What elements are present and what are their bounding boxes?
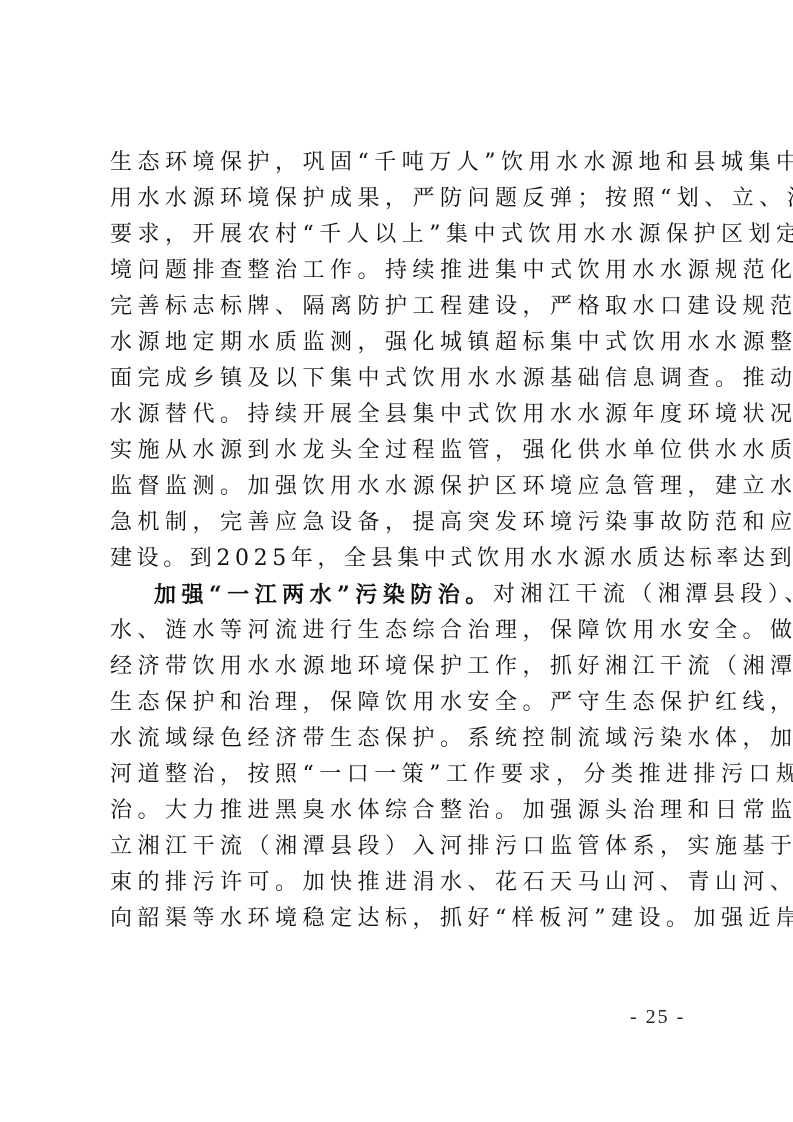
text-line: 水流域绿色经济带生态保护。系统控制流域污染水体，加强沿线 xyxy=(110,721,694,757)
text-line: 水源地定期水质监测，强化城镇超标集中式饮用水水源整治，全 xyxy=(110,325,694,361)
text-line-content: 河道整治，按照“一口一策”工作要求，分类推进排污口规范整 xyxy=(110,757,694,793)
page-number: - 25 - xyxy=(630,1006,685,1029)
text-line-content: 经济带饮用水水源地环境保护工作，抓好湘江干流（湘潭县段） xyxy=(110,649,694,685)
text-line-content: 面完成乡镇及以下集中式饮用水水源基础信息调查。推动地下水 xyxy=(110,361,694,397)
text-line: 向韶渠等水环境稳定达标，抓好“样板河”建设。加强近岸畜禽 xyxy=(110,901,694,937)
text-line: 建设。到2025年，全县集中式饮用水水源水质达标率达到100%。 xyxy=(110,541,694,577)
text-line-content: 水、涟水等河流进行生态综合治理，保障饮用水安全。做好长江 xyxy=(110,613,694,649)
text-line: 治。大力推进黑臭水体综合整治。加强源头治理和日常监督，建 xyxy=(110,793,694,829)
text-line: 立湘江干流（湘潭县段）入河排污口监管体系，实施基于水质约 xyxy=(110,829,694,865)
paragraph-first-line: 加强“一江两水”污染防治。对湘江干流（湘潭县段）、涓 xyxy=(110,577,694,613)
text-line-content: 急机制，完善应急设备，提高突发环境污染事故防范和应急能力 xyxy=(110,505,694,541)
text-line-content: 用水水源环境保护成果，严防问题反弹；按照“划、立、治”的 xyxy=(110,181,694,217)
paragraph-heading: 加强“一江两水”污染防治。 xyxy=(154,577,493,613)
text-line: 监督监测。加强饮用水水源保护区环境应急管理，建立水源地应 xyxy=(110,469,694,505)
text-line-content: 监督监测。加强饮用水水源保护区环境应急管理，建立水源地应 xyxy=(110,469,694,505)
text-line: 用水水源环境保护成果，严防问题反弹；按照“划、立、治”的 xyxy=(110,181,694,217)
text-line-content: 治。大力推进黑臭水体综合整治。加强源头治理和日常监督，建 xyxy=(110,793,694,829)
text-line-content: 生态环境保护，巩固“千吨万人”饮用水水源地和县城集中式饮 xyxy=(110,145,694,181)
text-line-content: 向韶渠等水环境稳定达标，抓好“样板河”建设。加强近岸畜禽 xyxy=(110,901,694,937)
text-line: 河道整治，按照“一口一策”工作要求，分类推进排污口规范整 xyxy=(110,757,694,793)
text-line-content: 建设。到2025年，全县集中式饮用水水源水质达标率达到100%。 xyxy=(110,541,694,577)
text-line: 实施从水源到水龙头全过程监管，强化供水单位供水水质自检和 xyxy=(110,433,694,469)
text-line-content: 生态保护和治理，保障饮用水安全。严守生态保护红线，做好涓 xyxy=(110,685,694,721)
text-line-content: 实施从水源到水龙头全过程监管，强化供水单位供水水质自检和 xyxy=(110,433,694,469)
text-line-content: 完善标志标牌、隔离防护工程建设，严格取水口建设规范。加强 xyxy=(110,289,694,325)
text-line-content: 水流域绿色经济带生态保护。系统控制流域污染水体，加强沿线 xyxy=(110,721,694,757)
text-line-content: 境问题排查整治工作。持续推进集中式饮用水水源规范化建设， xyxy=(110,253,694,289)
text-line: 要求，开展农村“千人以上”集中式饮用水水源保护区划定、环 xyxy=(110,217,694,253)
text-line-content: 水源地定期水质监测，强化城镇超标集中式饮用水水源整治，全 xyxy=(110,325,694,361)
text-line: 急机制，完善应急设备，提高突发环境污染事故防范和应急能力 xyxy=(110,505,694,541)
text-line-content: 立湘江干流（湘潭县段）入河排污口监管体系，实施基于水质约 xyxy=(110,829,694,865)
text-line-content: 水源替代。持续开展全县集中式饮用水水源年度环境状况评估， xyxy=(110,397,694,433)
text-line: 完善标志标牌、隔离防护工程建设，严格取水口建设规范。加强 xyxy=(110,289,694,325)
text-line: 水、涟水等河流进行生态综合治理，保障饮用水安全。做好长江 xyxy=(110,613,694,649)
text-line: 水源替代。持续开展全县集中式饮用水水源年度环境状况评估， xyxy=(110,397,694,433)
text-line: 面完成乡镇及以下集中式饮用水水源基础信息调查。推动地下水 xyxy=(110,361,694,397)
text-line: 经济带饮用水水源地环境保护工作，抓好湘江干流（湘潭县段） xyxy=(110,649,694,685)
text-line-content: 要求，开展农村“千人以上”集中式饮用水水源保护区划定、环 xyxy=(110,217,694,253)
text-line-content: 对湘江干流（湘潭县段）、涓 xyxy=(493,577,793,613)
text-line-content: 束的排污许可。加快推进涓水、花石天马山河、青山河、曲江河、 xyxy=(110,865,694,901)
text-line: 境问题排查整治工作。持续推进集中式饮用水水源规范化建设， xyxy=(110,253,694,289)
text-line: 生态环境保护，巩固“千吨万人”饮用水水源地和县城集中式饮 xyxy=(110,145,694,181)
document-page: 生态环境保护，巩固“千吨万人”饮用水水源地和县城集中式饮 用水水源环境保护成果，… xyxy=(0,0,793,1122)
text-line: 生态保护和治理，保障饮用水安全。严守生态保护红线，做好涓 xyxy=(110,685,694,721)
body-text: 生态环境保护，巩固“千吨万人”饮用水水源地和县城集中式饮 用水水源环境保护成果，… xyxy=(110,145,694,937)
text-line: 束的排污许可。加快推进涓水、花石天马山河、青山河、曲江河、 xyxy=(110,865,694,901)
